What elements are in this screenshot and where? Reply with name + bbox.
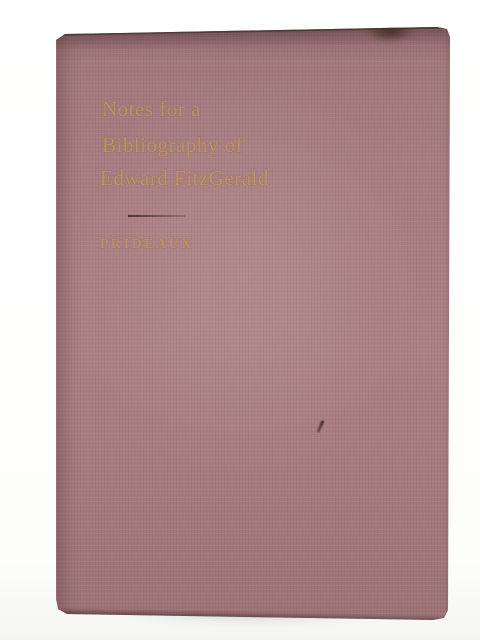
divider-rule <box>128 215 185 217</box>
book-front-cover: Notes for a Bibliography of Edward FitzG… <box>50 25 454 622</box>
book-spine-edge <box>50 25 80 622</box>
book-right-edge-shading <box>444 25 454 622</box>
stain-mark <box>358 22 422 49</box>
author-name: PRIDEAUX <box>100 237 194 253</box>
title-line-2: Bibliography of <box>102 133 243 158</box>
title-line-1: Notes for a <box>102 97 201 122</box>
title-line-3: Edward FitzGerald <box>100 166 269 191</box>
photo-background: Notes for a Bibliography of Edward FitzG… <box>0 0 480 640</box>
scratch-mark <box>316 420 324 433</box>
